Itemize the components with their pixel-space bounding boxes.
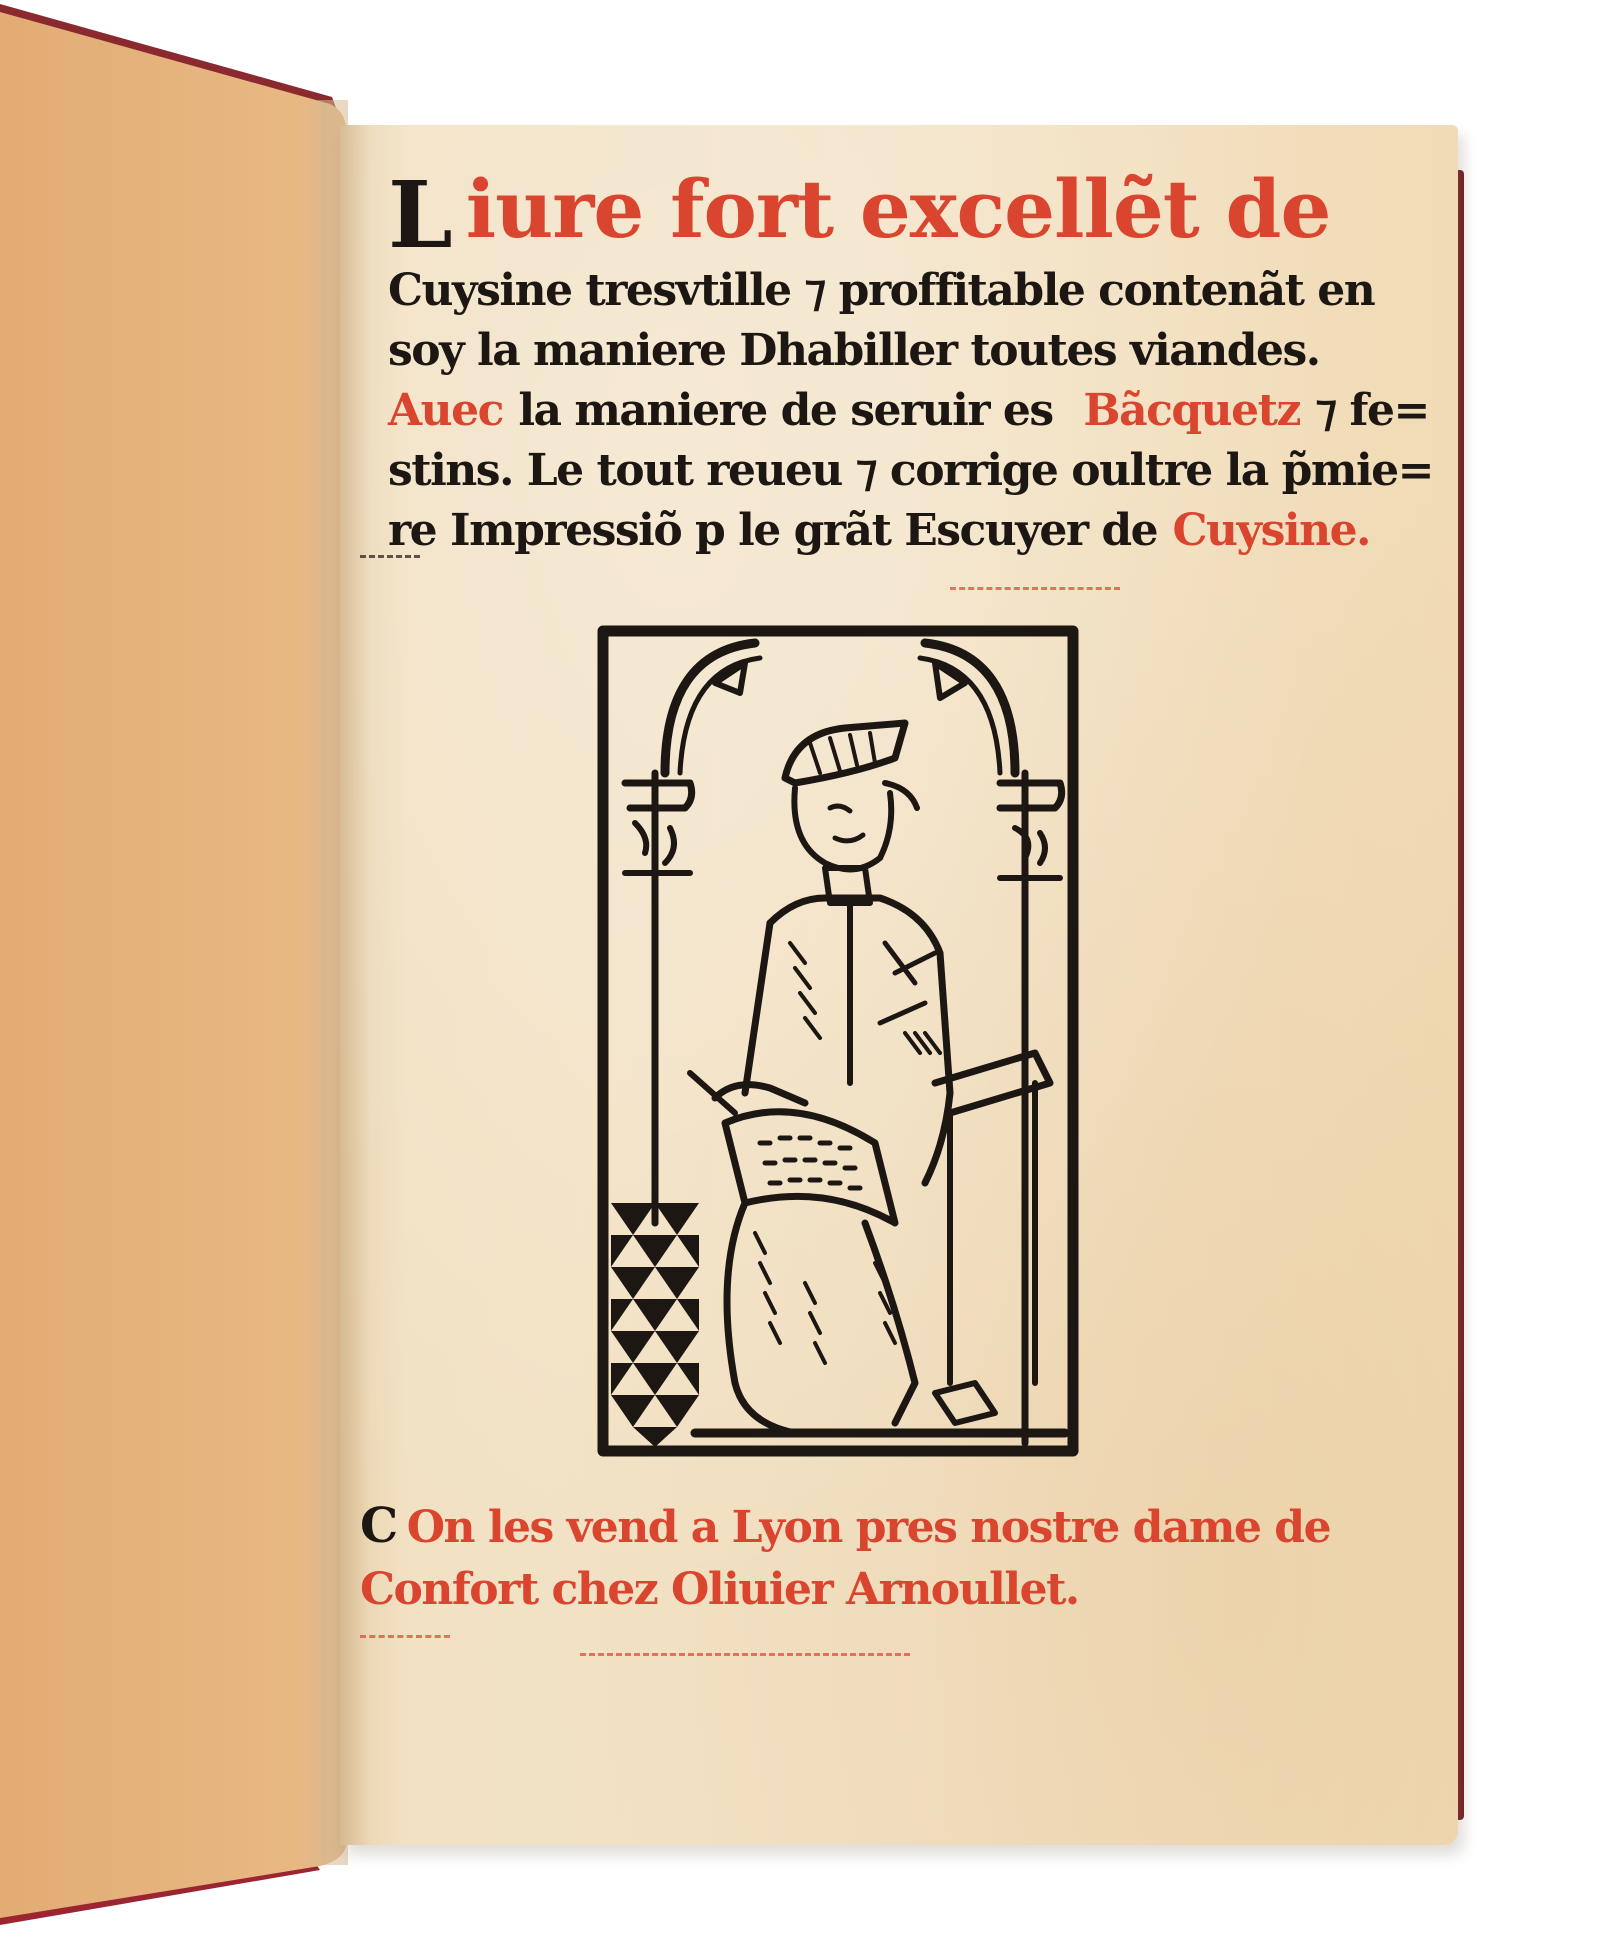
- title-line-4-red-word: Bãcquetz: [1083, 385, 1300, 436]
- title-line-2-initial: C: [388, 265, 422, 316]
- title-page: Liure fort excellẽt de Cuysine tresvtill…: [340, 125, 1458, 1845]
- title-line-4: Auecla maniere de seruir esBãcquetz⁊ fe=: [388, 381, 1428, 441]
- imprint-initial: C: [360, 1495, 397, 1557]
- title-line-4-black: la maniere de seruir es: [518, 385, 1052, 436]
- imprint-line-2: Confort chez Oliuier Arnoullet.: [360, 1559, 1400, 1621]
- woodcut-illustration: [595, 623, 1085, 1463]
- title-line-4-red-start: Auec: [388, 385, 503, 436]
- title-line-3: soy la maniere Dhabiller toutes viandes.: [388, 321, 1428, 381]
- title-initial-capital: L: [388, 163, 452, 267]
- imprint-rule: [360, 1635, 450, 1638]
- title-line-6: re Impressiõ p le grãt Escuyer deCuysine…: [388, 501, 1428, 561]
- pastedown-board-shape: [0, 0, 350, 1941]
- title-line-2-text: uysine tresvtille ⁊ proffitable contenãt…: [422, 265, 1375, 316]
- title-line-5: stins. Le tout reueu ⁊ corrige oultre la…: [388, 441, 1428, 501]
- decorative-rule-red: [950, 587, 1120, 590]
- imprint: COn les vend a Lyon pres nostre dame de …: [360, 1495, 1400, 1621]
- title-line-2: Cuysine tresvtille ⁊ proffitable contenã…: [388, 261, 1428, 321]
- title-line-6-black: re Impressiõ p le grãt Escuyer de: [388, 505, 1157, 556]
- title-main-red: iure fort excellẽt de: [466, 162, 1331, 256]
- decorative-rule: [360, 555, 420, 558]
- title-line-1: Liure fort excellẽt de: [388, 153, 1428, 261]
- imprint-rule-2: [580, 1653, 910, 1656]
- title-line-6-red: Cuysine.: [1173, 505, 1370, 556]
- imprint-line-1-text: On les vend a Lyon pres nostre dame de: [407, 1502, 1330, 1553]
- imprint-line-1: COn les vend a Lyon pres nostre dame de: [360, 1495, 1400, 1559]
- title-line-4-end: ⁊ fe=: [1315, 385, 1428, 436]
- left-pastedown: [0, 0, 350, 1941]
- scribe-woodcut-icon: [595, 623, 1085, 1463]
- title-block: Liure fort excellẽt de Cuysine tresvtill…: [388, 153, 1428, 561]
